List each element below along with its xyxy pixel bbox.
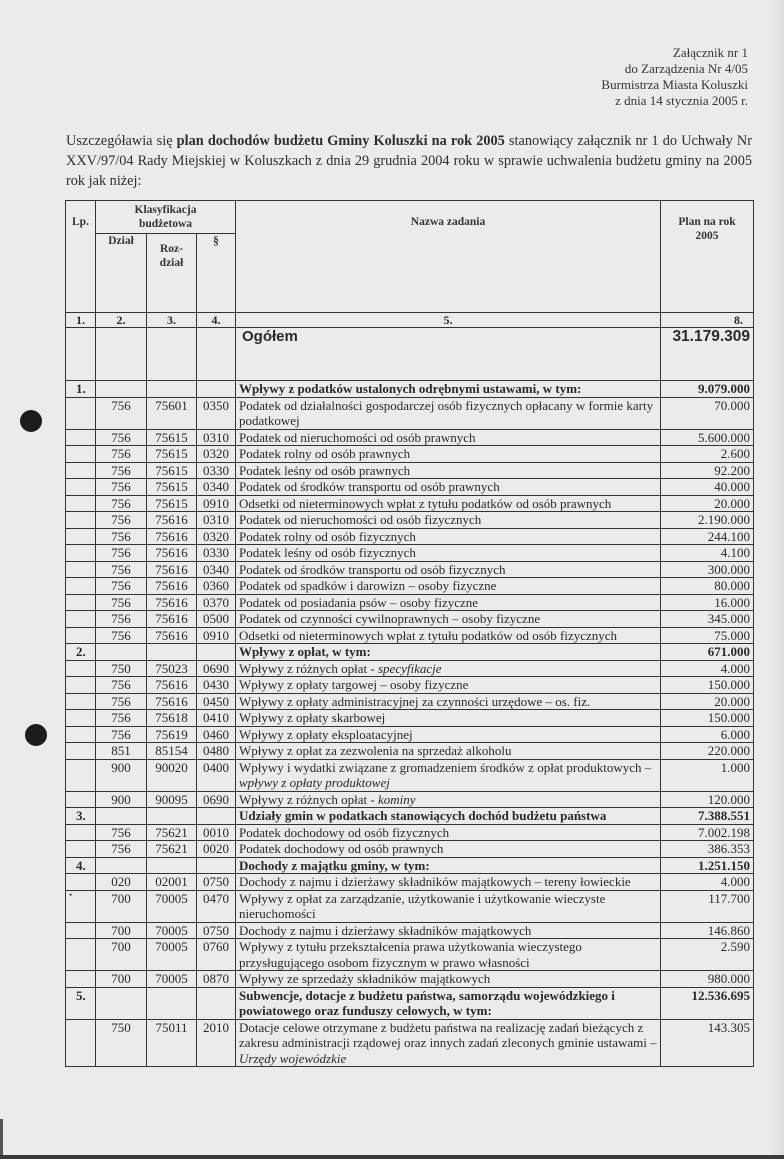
cell-lp [66,874,96,891]
cell-dzial: 756 [96,495,147,512]
cell-paragraf: 0690 [197,660,236,677]
cell-paragraf: 0480 [197,743,236,760]
cell-rozdzial: 85154 [147,743,197,760]
item-name: Podatek od czynności cywilnoprawnych – o… [239,611,540,626]
table-row: 756756150910Odsetki od nieterminowych wp… [66,495,754,512]
cell-lp [66,446,96,463]
cell-dzial: 756 [96,693,147,710]
table-row: 756756160910Odsetki od nieterminowych wp… [66,627,754,644]
section-row: 1.Wpływy z podatków ustalonych odrębnymi… [66,381,754,398]
section-row: 4.Dochody z majątku gminy, w tym:1.251.1… [66,857,754,874]
intro-paragraph: Uszczegóławia się plan dochodów budżetu … [66,131,752,191]
cell-plan-value: 2.600 [661,446,754,463]
cell-paragraf: 0350 [197,397,236,429]
cell-dzial [96,381,147,398]
item-name-italic: wpływy z opłaty produktowej [239,775,390,790]
item-name-italic: specyfikacje [378,661,442,676]
item-name: Odsetki od nieterminowych wpłat z tytułu… [239,496,611,511]
cell-dzial: 851 [96,743,147,760]
cell-plan-value: 300.000 [661,561,754,578]
cell-rozdzial: 75616 [147,528,197,545]
header-klasyfikacja: Klasyfikacja budżetowa [96,201,236,234]
cell-paragraf: 0750 [197,922,236,939]
cell-nazwa: Podatek od spadków i darowizn – osoby fi… [236,578,661,595]
cell-dzial: 750 [96,1019,147,1067]
item-name: Udziały gmin w podatkach stanowiących do… [239,808,606,823]
cell-dzial: 756 [96,429,147,446]
cell-dzial [96,644,147,661]
cell-lp [66,791,96,808]
cell-plan-value: 386.353 [661,841,754,858]
item-name: Dochody z najmu i dzierżawy składników m… [239,874,631,889]
cell-plan-value: 220.000 [661,743,754,760]
item-name: Wpływy z opłat za zarządzanie, użytkowan… [239,891,605,922]
cell-dzial: 756 [96,397,147,429]
cell-plan-value: 9.079.000 [661,381,754,398]
table-row: 700700050760Wpływy z tytułu przekształce… [66,939,754,971]
item-name: Wpływy z opłat, w tym: [239,644,371,659]
cell-nazwa: Podatek rolny od osób prawnych [236,446,661,463]
item-name: Dotacje celowe otrzymane z budżetu państ… [239,1020,657,1051]
cell-nazwa: Wpływy z różnych opłat - specyfikacje [236,660,661,677]
cell-lp: 4. [66,857,96,874]
item-name: Podatek od posiadania psów – osoby fizyc… [239,595,478,610]
cell-nazwa: Podatek dochodowy od osób fizycznych [236,824,661,841]
table-row: 756756150320Podatek rolny od osób prawny… [66,446,754,463]
cell-lp [66,528,96,545]
cell-plan-value: 12.536.695 [661,987,754,1019]
cell-rozdzial: 75621 [147,824,197,841]
cell-dzial: 900 [96,759,147,791]
header-nazwa: Nazwa zadania [236,201,661,313]
column-number-row: 1. 2. 3. 4. 5. 8. [66,313,754,328]
cell-plan-value: 7.002.198 [661,824,754,841]
cell-plan-value: 150.000 [661,710,754,727]
cell-plan-value: 1.251.150 [661,857,754,874]
item-name: Podatek rolny od osób fizycznych [239,529,416,544]
cell-rozdzial: 70005 [147,922,197,939]
cell-dzial: 756 [96,710,147,727]
cell-plan-value: 150.000 [661,677,754,694]
cell-plan-value: 146.860 [661,922,754,939]
cell-plan-value: 244.100 [661,528,754,545]
total-row: Ogółem 31.179.309 [66,328,754,381]
cell-plan-value: 4.100 [661,545,754,562]
cell-dzial: 756 [96,528,147,545]
cell-rozdzial: 75619 [147,726,197,743]
table-row: 900900200400Wpływy i wydatki związane z … [66,759,754,791]
item-name: Wpływy z opłaty administracyjnej za czyn… [239,694,590,709]
cell-lp [66,710,96,727]
cell-nazwa: Podatek rolny od osób fizycznych [236,528,661,545]
cell-plan-value: 4.000 [661,660,754,677]
cell-dzial: 756 [96,677,147,694]
cell-rozdzial: 75615 [147,479,197,496]
item-name: Dochody z majątku gminy, w tym: [239,858,430,873]
intro-pre: Uszczegóławia się [66,133,177,149]
cell-dzial: 756 [96,561,147,578]
cell-dzial: 756 [96,512,147,529]
cell-plan-value: 20.000 [661,495,754,512]
column-number: 4. [197,313,236,328]
cell-dzial: 756 [96,446,147,463]
cell-nazwa: Wpływy z opłaty targowej – osoby fizyczn… [236,677,661,694]
cell-rozdzial: 75616 [147,627,197,644]
cell-nazwa: Wpływy z opłaty administracyjnej za czyn… [236,693,661,710]
cell-rozdzial: 90020 [147,759,197,791]
cell-lp: 1. [66,381,96,398]
cell-dzial: 756 [96,726,147,743]
cell-lp [66,578,96,595]
cell-nazwa: Odsetki od nieterminowych wpłat z tytułu… [236,627,661,644]
table-row: 020020010750Dochody z najmu i dzierżawy … [66,874,754,891]
item-name: Wpływy ze sprzedaży składników majątkowy… [239,971,490,986]
cell-rozdzial: 02001 [147,874,197,891]
header-dzial: Dział [96,234,147,313]
table-row: 756756160330Podatek leśny od osób fizycz… [66,545,754,562]
cell-nazwa: Dochody z najmu i dzierżawy składników m… [236,922,661,939]
cell-rozdzial [147,987,197,1019]
table-row: 756756160340Podatek od środków transport… [66,561,754,578]
cell-paragraf [197,987,236,1019]
table-row: 756756160360Podatek od spadków i darowiz… [66,578,754,595]
cell-lp [66,512,96,529]
cell-nazwa: Podatek od nieruchomości od osób prawnyc… [236,429,661,446]
column-number: 3. [147,313,197,328]
cell-plan-value: 117.700 [661,890,754,922]
item-name: Wpływy z tytułu przekształcenia prawa uż… [239,939,582,970]
cell-plan-value: 2.590 [661,939,754,971]
item-name: Wpływy z różnych opłat - [239,661,378,676]
cell-plan-value: 92.200 [661,462,754,479]
cell-rozdzial: 75616 [147,545,197,562]
cell-nazwa: Wpływy ze sprzedaży składników majątkowy… [236,971,661,988]
cell-lp [66,660,96,677]
cell-rozdzial: 75616 [147,578,197,595]
cell-rozdzial: 75616 [147,677,197,694]
item-name: Wpływy z opłaty targowej – osoby fizyczn… [239,677,468,692]
cell-dzial: 756 [96,594,147,611]
attachment-note-line: z dnia 14 stycznia 2005 r. [601,93,748,109]
cell-plan-value: 80.000 [661,578,754,595]
cell-paragraf: 0370 [197,594,236,611]
cell-rozdzial: 75615 [147,495,197,512]
cell-lp [66,841,96,858]
cell-rozdzial: 75615 [147,462,197,479]
cell-plan-value: 6.000 [661,726,754,743]
cell-rozdzial: 75011 [147,1019,197,1067]
cell-nazwa: Wpływy z opłat za zarządzanie, użytkowan… [236,890,661,922]
cell-plan-value: 143.305 [661,1019,754,1067]
table-row: 756756190460Wpływy z opłaty eksploatacyj… [66,726,754,743]
cell-paragraf: 0910 [197,627,236,644]
cell-rozdzial [147,381,197,398]
attachment-note: Załącznik nr 1 do Zarządzenia Nr 4/05 Bu… [601,45,748,109]
item-name: Wpływy z opłaty eksploatacyjnej [239,727,413,742]
item-name: Podatek od spadków i darowizn – osoby fi… [239,578,496,593]
cell-plan-value: 671.000 [661,644,754,661]
cell-paragraf [197,808,236,825]
cell-nazwa: Podatek od posiadania psów – osoby fizyc… [236,594,661,611]
item-name: Podatek od środków transportu od osób fi… [239,562,505,577]
item-name: Podatek rolny od osób prawnych [239,446,410,461]
intro-bold: plan dochodów budżetu Gminy Koluszki na … [177,133,505,149]
table-row: 756756210010Podatek dochodowy od osób fi… [66,824,754,841]
cell-nazwa: Wpływy z różnych opłat - kominy [236,791,661,808]
punch-hole [25,724,47,746]
cell-rozdzial: 70005 [147,971,197,988]
table-row: 756756160370Podatek od posiadania psów –… [66,594,754,611]
item-name: Podatek od nieruchomości od osób fizyczn… [239,512,481,527]
cell-plan-value: 70.000 [661,397,754,429]
cell-dzial: 756 [96,611,147,628]
cell-dzial [96,808,147,825]
table-row: 700700050750Dochody z najmu i dzierżawy … [66,922,754,939]
table-row: 756756180410Wpływy z opłaty skarbowej150… [66,710,754,727]
cell-lp [66,561,96,578]
cell-paragraf: 0870 [197,971,236,988]
section-row: 3.Udziały gmin w podatkach stanowiących … [66,808,754,825]
table-row: 756756210020Podatek dochodowy od osób pr… [66,841,754,858]
cell-dzial: 700 [96,971,147,988]
cell-rozdzial: 75616 [147,512,197,529]
cell-paragraf: 0020 [197,841,236,858]
cell-paragraf [197,381,236,398]
item-name: Podatek dochodowy od osób fizycznych [239,825,449,840]
cell-nazwa: Subwencje, dotacje z budżetu państwa, sa… [236,987,661,1019]
item-name: Podatek dochodowy od osób prawnych [239,841,443,856]
cell-paragraf: 0340 [197,561,236,578]
cell-rozdzial: 75023 [147,660,197,677]
cell-plan-value: 5.600.000 [661,429,754,446]
item-name: Podatek leśny od osób prawnych [239,463,410,478]
table-row: 750750230690Wpływy z różnych opłat - spe… [66,660,754,677]
item-name: Wpływy z różnych opłat - [239,792,378,807]
cell-plan-value: 345.000 [661,611,754,628]
scan-edge [0,1119,3,1159]
cell-lp: 3. [66,808,96,825]
cell-rozdzial: 75615 [147,446,197,463]
table-row: 756756160320Podatek rolny od osób fizycz… [66,528,754,545]
stray-mark: • [69,890,72,900]
item-name: Wpływy i wydatki związane z gromadzeniem… [239,760,651,775]
cell-rozdzial [147,808,197,825]
cell-plan-value: 16.000 [661,594,754,611]
cell-paragraf: 0470 [197,890,236,922]
cell-plan-value: 980.000 [661,971,754,988]
cell-dzial [96,987,147,1019]
cell-rozdzial: 75601 [147,397,197,429]
cell-nazwa: Udziały gmin w podatkach stanowiących do… [236,808,661,825]
table-row: 756756160430Wpływy z opłaty targowej – o… [66,677,754,694]
header-paragraf: § [197,234,236,313]
attachment-note-line: do Zarządzenia Nr 4/05 [601,61,748,77]
item-name: Podatek od działalności gospodarczej osó… [239,398,653,429]
cell-paragraf: 0310 [197,429,236,446]
cell-paragraf: 0460 [197,726,236,743]
item-name: Subwencje, dotacje z budżetu państwa, sa… [239,988,615,1019]
item-name: Podatek leśny od osób fizycznych [239,545,416,560]
cell-plan-value: 2.190.000 [661,512,754,529]
cell-rozdzial [147,857,197,874]
table-row: 756756150330Podatek leśny od osób prawny… [66,462,754,479]
item-name: Dochody z najmu i dzierżawy składników m… [239,923,531,938]
table-row: 750750112010Dotacje celowe otrzymane z b… [66,1019,754,1067]
cell-lp [66,824,96,841]
cell-plan-value: 4.000 [661,874,754,891]
item-name-italic: Urzędy wojewódzkie [239,1051,346,1066]
total-value: 31.179.309 [661,328,754,381]
header-rozdzial: Roz-dział [147,234,197,313]
cell-lp [66,495,96,512]
cell-paragraf: 0010 [197,824,236,841]
column-number: 8. [661,313,754,328]
total-label: Ogółem [236,328,661,381]
cell-rozdzial: 90095 [147,791,197,808]
cell-nazwa: Podatek od środków transportu od osób pr… [236,479,661,496]
cell-nazwa: Podatek od nieruchomości od osób fizyczn… [236,512,661,529]
cell-dzial: 756 [96,545,147,562]
cell-lp [66,1019,96,1067]
cell-paragraf: 0340 [197,479,236,496]
cell-lp [66,693,96,710]
cell-lp [66,627,96,644]
cell-rozdzial: 75616 [147,594,197,611]
cell-plan-value: 20.000 [661,693,754,710]
cell-dzial: 750 [96,660,147,677]
table-row: 756756150310Podatek od nieruchomości od … [66,429,754,446]
cell-rozdzial: 75616 [147,611,197,628]
cell-nazwa: Wpływy z tytułu przekształcenia prawa uż… [236,939,661,971]
cell-nazwa: Wpływy i wydatki związane z gromadzeniem… [236,759,661,791]
cell-paragraf: 0310 [197,512,236,529]
cell-rozdzial: 75616 [147,561,197,578]
cell-dzial: 900 [96,791,147,808]
cell-lp [66,545,96,562]
cell-paragraf: 0750 [197,874,236,891]
item-name: Wpływy z opłat za zezwolenia na sprzedaż… [239,743,512,758]
cell-nazwa: Podatek leśny od osób prawnych [236,462,661,479]
budget-table: Lp. Klasyfikacja budżetowa Nazwa zadania… [65,200,754,1067]
item-name-italic: kominy [378,792,416,807]
cell-dzial [96,857,147,874]
cell-paragraf: 0690 [197,791,236,808]
column-number: 2. [96,313,147,328]
cell-paragraf: 0450 [197,693,236,710]
cell-plan-value: 120.000 [661,791,754,808]
cell-nazwa: Podatek leśny od osób fizycznych [236,545,661,562]
cell-paragraf: 0320 [197,528,236,545]
cell-rozdzial: 75615 [147,429,197,446]
cell-paragraf: 2010 [197,1019,236,1067]
cell-lp [66,726,96,743]
cell-nazwa: Dotacje celowe otrzymane z budżetu państ… [236,1019,661,1067]
section-row: 2.Wpływy z opłat, w tym:671.000 [66,644,754,661]
cell-nazwa: Wpływy z podatków ustalonych odrębnymi u… [236,381,661,398]
cell-dzial: 756 [96,578,147,595]
cell-lp [66,594,96,611]
section-row: 5.Subwencje, dotacje z budżetu państwa, … [66,987,754,1019]
cell-nazwa: Wpływy z opłat, w tym: [236,644,661,661]
table-row: 851851540480Wpływy z opłat za zezwolenia… [66,743,754,760]
cell-dzial: 700 [96,939,147,971]
cell-plan-value: 75.000 [661,627,754,644]
cell-dzial: 756 [96,627,147,644]
cell-paragraf: 0330 [197,462,236,479]
cell-paragraf: 0400 [197,759,236,791]
cell-lp [66,429,96,446]
cell-lp [66,971,96,988]
cell-nazwa: Podatek od działalności gospodarczej osó… [236,397,661,429]
cell-paragraf: 0500 [197,611,236,628]
cell-lp [66,939,96,971]
cell-paragraf: 0360 [197,578,236,595]
cell-lp: 5. [66,987,96,1019]
cell-dzial: 756 [96,841,147,858]
cell-dzial: 756 [96,462,147,479]
cell-paragraf: 0320 [197,446,236,463]
cell-lp [66,611,96,628]
cell-dzial: 756 [96,824,147,841]
cell-rozdzial: 75618 [147,710,197,727]
cell-nazwa: Wpływy z opłaty skarbowej [236,710,661,727]
page-shadow [770,0,784,1159]
table-row: 700700050470Wpływy z opłat za zarządzani… [66,890,754,922]
attachment-note-line: Załącznik nr 1 [601,45,748,61]
cell-plan-value: 40.000 [661,479,754,496]
cell-nazwa: Wpływy z opłat za zezwolenia na sprzedaż… [236,743,661,760]
cell-rozdzial: 75621 [147,841,197,858]
item-name: Odsetki od nieterminowych wpłat z tytułu… [239,628,617,643]
item-name: Podatek od nieruchomości od osób prawnyc… [239,430,475,445]
cell-nazwa: Podatek dochodowy od osób prawnych [236,841,661,858]
table-row: 756756160450Wpływy z opłaty administracy… [66,693,754,710]
item-name: Wpływy z opłaty skarbowej [239,710,385,725]
cell-rozdzial: 75616 [147,693,197,710]
column-number: 1. [66,313,96,328]
cell-nazwa: Odsetki od nieterminowych wpłat z tytułu… [236,495,661,512]
cell-paragraf: 0430 [197,677,236,694]
cell-rozdzial: 70005 [147,939,197,971]
cell-lp [66,479,96,496]
item-name: Wpływy z podatków ustalonych odrębnymi u… [239,381,581,396]
cell-rozdzial [147,644,197,661]
table-row: 700700050870Wpływy ze sprzedaży składnik… [66,971,754,988]
cell-dzial: 700 [96,922,147,939]
cell-lp [66,397,96,429]
header-plan: Plan na rok 2005 [661,201,754,313]
cell-lp: 2. [66,644,96,661]
scan-edge [0,1155,784,1159]
table-row: 900900950690Wpływy z różnych opłat - kom… [66,791,754,808]
cell-nazwa: Podatek od czynności cywilnoprawnych – o… [236,611,661,628]
cell-rozdzial: 70005 [147,890,197,922]
cell-dzial: 700 [96,890,147,922]
cell-lp [66,462,96,479]
cell-lp [66,922,96,939]
cell-nazwa: Dochody z najmu i dzierżawy składników m… [236,874,661,891]
cell-paragraf: 0410 [197,710,236,727]
punch-hole [20,410,42,432]
cell-paragraf: 0760 [197,939,236,971]
column-number: 5. [236,313,661,328]
item-name: Podatek od środków transportu od osób pr… [239,479,500,494]
table-row: 756756010350Podatek od działalności gosp… [66,397,754,429]
cell-dzial: 020 [96,874,147,891]
cell-plan-value: 1.000 [661,759,754,791]
cell-plan-value: 7.388.551 [661,808,754,825]
cell-nazwa: Dochody z majątku gminy, w tym: [236,857,661,874]
